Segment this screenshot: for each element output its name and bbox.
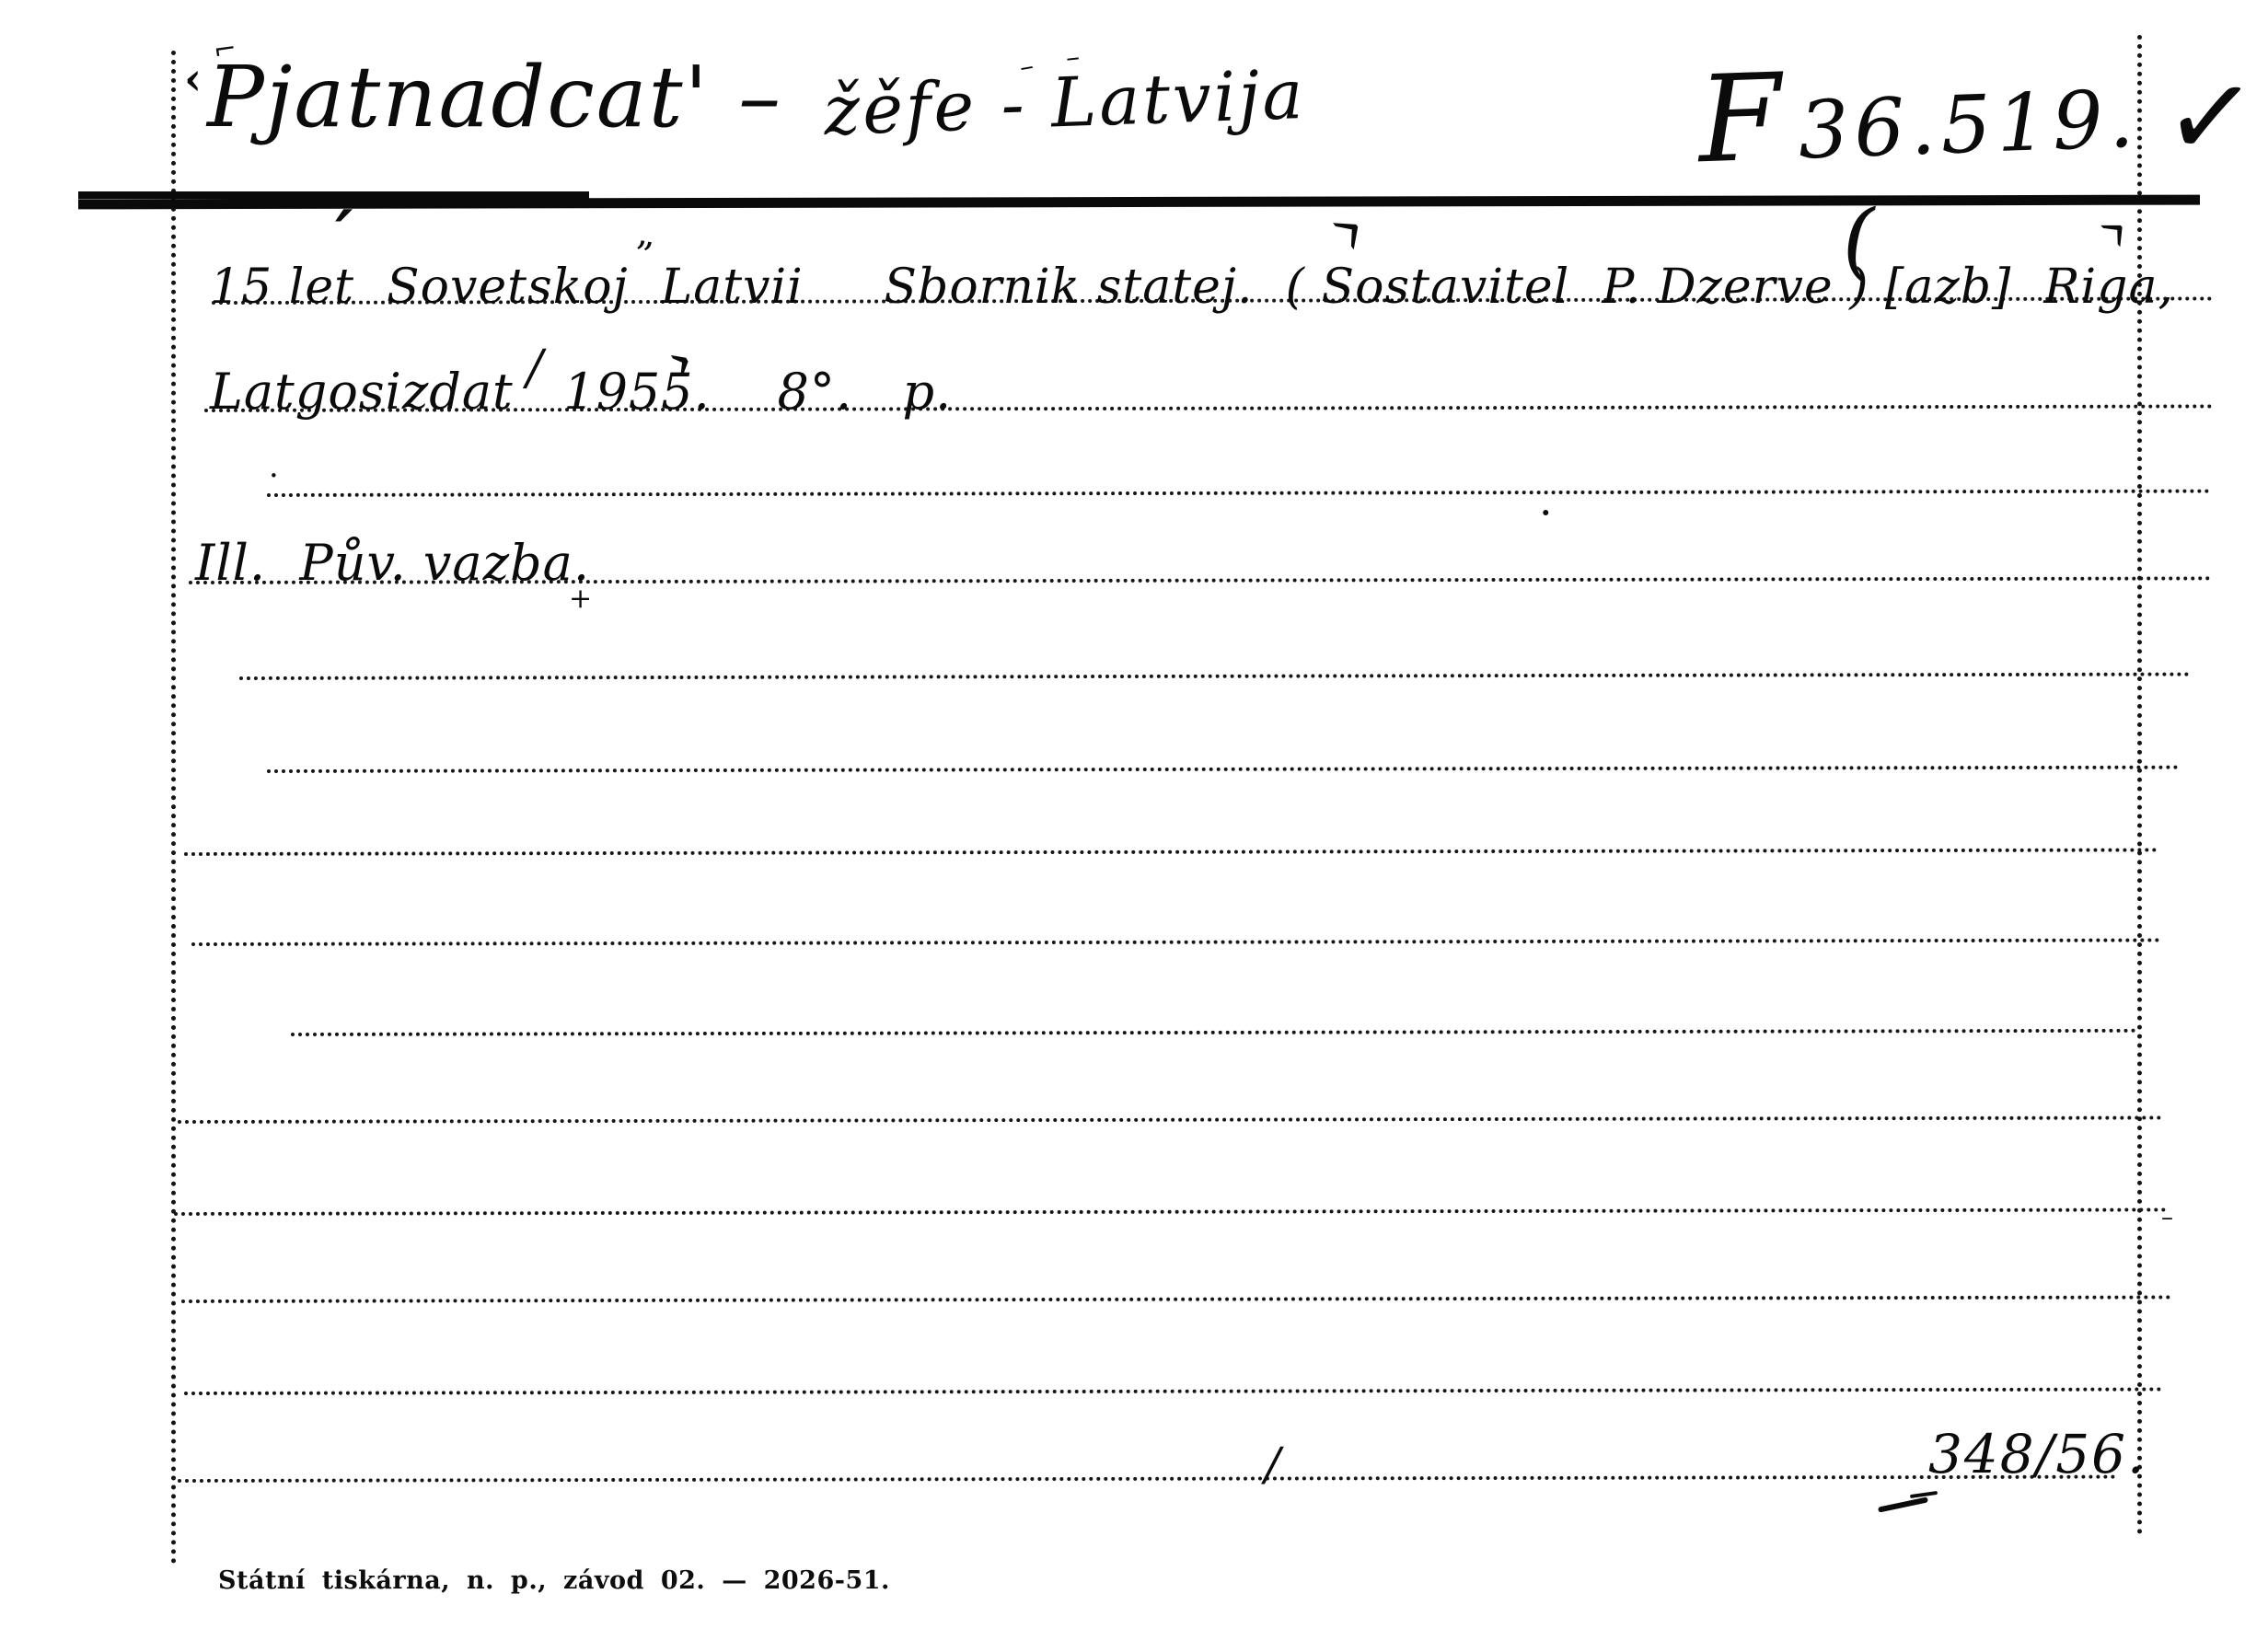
left-edge-dotted-line bbox=[171, 51, 176, 1565]
ruled-line bbox=[191, 939, 2161, 946]
ruled-line bbox=[291, 1029, 2137, 1036]
left-margin-arrow-mark: ‹ bbox=[184, 57, 202, 101]
ruled-line bbox=[181, 1295, 2172, 1303]
heading: Pjatnadcat' – žěfe - Latvija bbox=[207, 48, 1306, 146]
ruled-line bbox=[184, 1387, 2163, 1395]
heading-pencil-text: žěfe - Latvija bbox=[823, 55, 1307, 151]
stray-dot-speck: · bbox=[1539, 491, 1553, 534]
pencil-dash-mark: – bbox=[1064, 43, 1081, 72]
call-number: F 36.519. bbox=[1695, 35, 2140, 191]
ruled-line bbox=[178, 1475, 2117, 1483]
catalog-card: Pjatnadcat' – žěfe - Latvija F 36.519. ✓… bbox=[0, 0, 2268, 1652]
left-margin-flag-mark: ⌐ bbox=[212, 35, 238, 65]
printer-imprint: Státní tiskárna, n. p., závod 02. — 2026… bbox=[218, 1566, 890, 1595]
publication-line: Latgosizdat 1955. 8°. p. bbox=[210, 363, 952, 421]
ruled-line bbox=[267, 490, 2211, 497]
ruled-line bbox=[178, 1115, 2163, 1124]
title-line: 15 let Sovetskoj Latvii Sbornik statej. … bbox=[210, 260, 2174, 315]
check-over-riga-mark: › bbox=[2082, 197, 2145, 262]
ruled-line bbox=[184, 849, 2158, 856]
check-mark: ✓ bbox=[2158, 46, 2262, 188]
ruled-line bbox=[267, 766, 2180, 773]
stray-dash-speck: – bbox=[2161, 1206, 2173, 1230]
accession-number: 348/56. bbox=[1928, 1423, 2146, 1485]
tick-before-year-mark: / bbox=[526, 344, 543, 392]
stray-dot-speck: · bbox=[269, 460, 279, 491]
header-rule-left-overstrike bbox=[78, 191, 589, 199]
call-number-digits: 36.519. bbox=[1797, 74, 2141, 178]
heading-ink-text: Pjatnadcat' – bbox=[207, 48, 782, 146]
caret-over-title-mark: ´ bbox=[324, 206, 357, 272]
stray-plus-speck: + bbox=[569, 585, 592, 613]
note-line: Ill. Pův. vazba. bbox=[195, 534, 590, 592]
accession-tail-stroke bbox=[1878, 1496, 1928, 1512]
ruled-line bbox=[239, 673, 2191, 680]
call-number-letter: F bbox=[1695, 47, 1783, 190]
tick-on-bottom-line-mark: / bbox=[1265, 1441, 1280, 1487]
ruled-line bbox=[174, 1207, 2168, 1216]
